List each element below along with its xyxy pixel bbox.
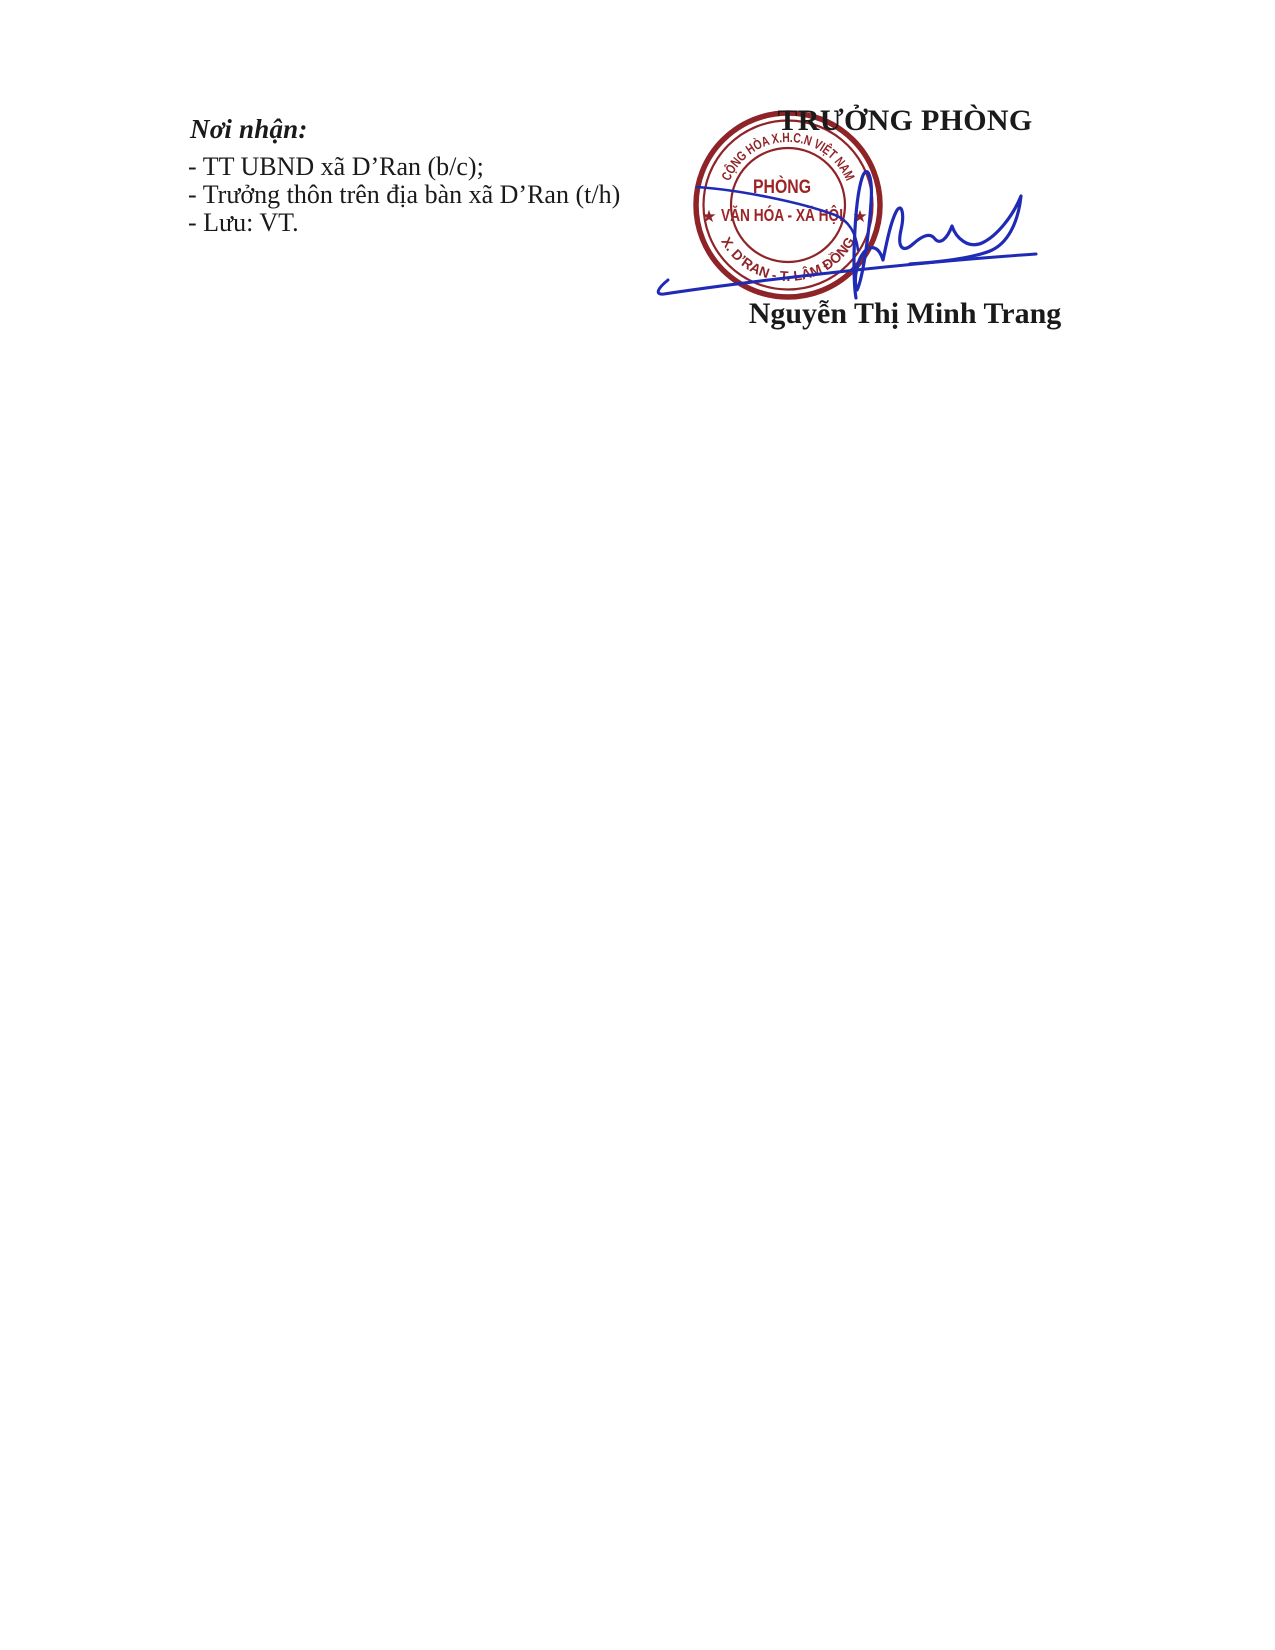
signature-underline-stroke — [658, 254, 1036, 294]
recipient-item: - Trưởng thôn trên địa bàn xã D’Ran (t/h… — [188, 181, 620, 209]
document-page: Nơi nhận: - TT UBND xã D’Ran (b/c); - Tr… — [0, 0, 1275, 1650]
signature-swoosh-stroke — [697, 187, 858, 250]
recipients-heading: Nơi nhận: — [190, 114, 308, 145]
recipient-item: - Lưu: VT. — [188, 209, 620, 237]
recipients-list: - TT UBND xã D’Ran (b/c); - Trưởng thôn … — [188, 153, 620, 237]
signature-main-stroke — [854, 172, 1021, 298]
signer-title: TRƯỞNG PHÒNG — [700, 104, 1110, 138]
recipient-item: - TT UBND xã D’Ran (b/c); — [188, 153, 620, 181]
handwritten-signature — [640, 158, 1060, 328]
